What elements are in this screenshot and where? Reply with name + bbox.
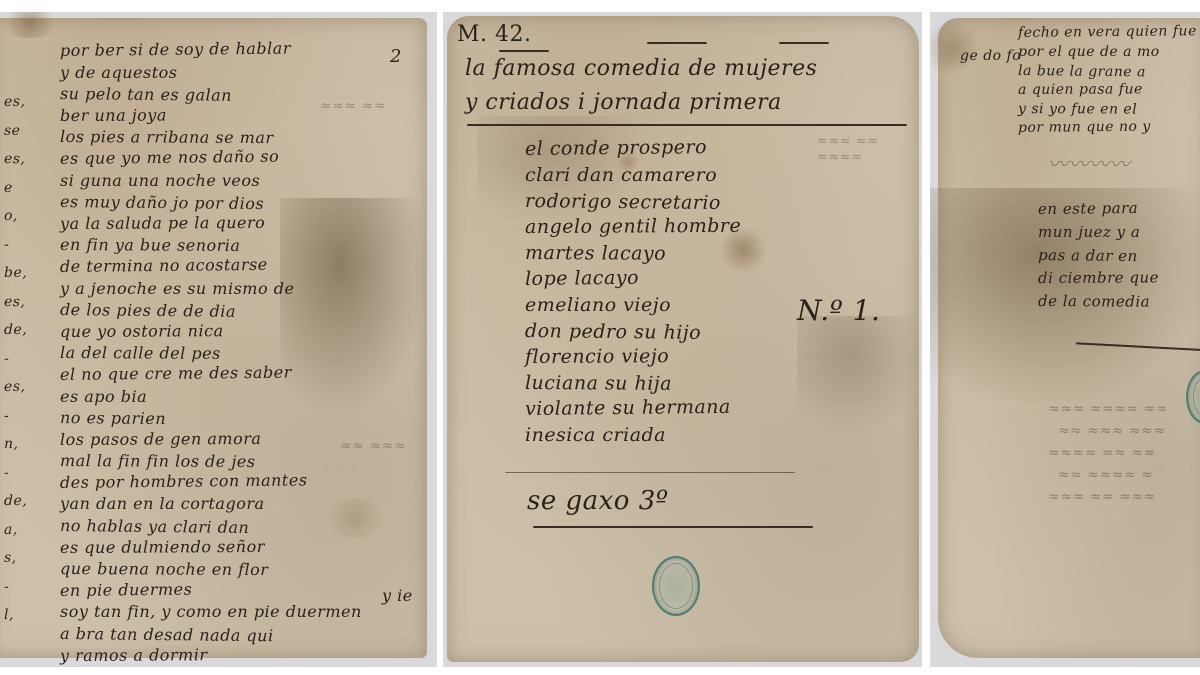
cast-list-item: luciana su hija: [525, 370, 741, 397]
text-line: mun juez y a: [1038, 221, 1159, 244]
cast-list-item: inesica criada: [525, 422, 741, 448]
verse-line: y de aquestos: [60, 62, 362, 84]
text-line: di ciembre que: [1038, 266, 1159, 290]
verse-line: si guna una noche veos: [60, 170, 362, 192]
faded-text-block: ≈≈≈ ≈≈≈≈ ≈≈ ≈≈ ≈≈≈ ≈≈≈ ≈≈≈≈ ≈≈ ≈≈ ≈≈ ≈≈≈…: [1048, 398, 1168, 508]
underline: [499, 50, 549, 52]
footer-note: se gaxo 3º: [527, 486, 669, 516]
cast-list-item: el conde prospero: [525, 134, 741, 162]
water-stain: [797, 316, 922, 436]
paper-sheet: M. 42. la famosa comedia de mujeres y cr…: [447, 16, 919, 662]
cast-list-item: violante su hermana: [525, 394, 741, 422]
rule-mark: [779, 42, 829, 44]
verse-line: los pasos de gen amora: [60, 427, 362, 450]
cast-list-item: don pedro su hijo: [525, 318, 741, 346]
verse-line: que yo ostoria nica: [60, 319, 362, 342]
verse-line: es que dulmiendo señor: [60, 535, 362, 558]
margin-mark: e: [4, 173, 27, 202]
cast-list: el conde prosperoclari dan camarerorodor…: [525, 136, 741, 448]
margin-mark: s,: [4, 544, 27, 573]
verse-line: ya la saluda pe la quero: [60, 211, 362, 234]
verse-lines: por ber si de soy de hablary de aquestos…: [60, 40, 362, 666]
cast-list-item: martes lacayo: [525, 240, 741, 267]
library-stamp-icon: [652, 556, 700, 616]
margin-mark: -: [4, 458, 27, 487]
verse-line: en pie duermes: [60, 577, 362, 602]
verse-line: es apo bia: [60, 386, 362, 408]
verse-line: ber una joya: [60, 103, 362, 126]
cast-list-item: rodorigo secretario: [525, 188, 741, 216]
text-line: en este para: [1038, 197, 1159, 221]
margin-mark: se: [4, 117, 27, 146]
verse-line: des por hombres con mantes: [60, 469, 362, 494]
text-line: a quien pasa fue: [1018, 80, 1197, 100]
verse-line: y a jenoche es su mismo de: [60, 278, 362, 300]
cast-list-item: florencio viejo: [525, 343, 741, 370]
verse-line: es que yo me nos daño so: [60, 145, 362, 170]
number-mark: N.º 1.: [797, 294, 880, 327]
verse-line: soy tan fin, y como en pie duermen: [60, 601, 362, 623]
cast-list-item: angelo gentil hombre: [525, 213, 741, 240]
margin-mark: be,: [4, 259, 27, 288]
text-line: fecho en vera quien fue: [1018, 22, 1197, 43]
margin-mark: o,: [4, 202, 27, 231]
verse-line: por ber si de soy de hablar: [60, 37, 362, 62]
bleed-through-text: ≈≈≈ ≈≈: [320, 98, 386, 114]
margin-mark: es,: [4, 88, 28, 117]
verse-line: y ramos a dormir: [60, 643, 362, 666]
cast-list-item: clari dan camarero: [525, 162, 741, 188]
paper-sheet: 2 por ber si de soy de hablary de aquest…: [0, 18, 427, 658]
scribble-flourish: 〰〰〰〰: [1048, 148, 1130, 177]
middle-text-lines: en este paramun juez y apas a dar endi c…: [1038, 198, 1159, 313]
margin-marks: es,sees,eo,-be,es,de,-es,-n,-de,a,s,-l,: [4, 88, 27, 630]
text-line: por el que de a mo: [1018, 43, 1197, 62]
margin-mark: -: [4, 573, 28, 602]
top-text-lines: fecho en vera quien fuepor el que de a m…: [1018, 24, 1197, 138]
stain: [0, 12, 60, 38]
manuscript-page-right: ge do fo fecho en vera quien fuepor el q…: [930, 12, 1200, 667]
margin-mark: a,: [4, 515, 28, 544]
margin-mark: es,: [4, 373, 28, 402]
margin-mark: l,: [4, 601, 27, 630]
cast-list-item: lope lacayo: [525, 264, 741, 292]
text-line: por mun que no y: [1018, 117, 1197, 138]
margin-mark: es,: [4, 145, 28, 174]
verse-line: de termina no acostarse: [60, 253, 362, 278]
verse-line: el no que cre me des saber: [60, 361, 362, 386]
text-line: de la comedia: [1038, 290, 1159, 314]
margin-mark: -: [4, 402, 27, 431]
divider-line: [505, 472, 795, 473]
margin-mark: de,: [4, 316, 27, 345]
margin-note: ge do fo: [960, 48, 1021, 64]
verse-line: yan dan en la cortagora: [60, 493, 362, 515]
paper-sheet: ge do fo fecho en vera quien fuepor el q…: [938, 18, 1200, 658]
faint-annotation: ≈≈≈ ≈≈ ≈≈≈≈: [817, 134, 907, 166]
shelfmark: M. 42.: [457, 22, 532, 47]
footer-rule: [533, 526, 813, 528]
cast-list-item: emeliano viejo: [525, 292, 741, 318]
title-line-1: la famosa comedia de mujeres: [465, 56, 817, 81]
text-line: pas a dar en: [1038, 244, 1159, 268]
margin-mark: de,: [4, 487, 27, 516]
title-line-2: y criados i jornada primera: [465, 90, 782, 115]
rule-mark: [647, 42, 707, 44]
margin-mark: es,: [4, 288, 28, 317]
margin-mark: -: [4, 230, 28, 259]
side-note: y ie: [382, 586, 413, 605]
margin-mark: -: [4, 345, 27, 374]
title-rule: [467, 124, 907, 126]
bleed-through-text: ≈≈ ≈≈≈: [340, 438, 406, 454]
manuscript-page-left: 2 por ber si de soy de hablary de aquest…: [0, 12, 437, 667]
margin-mark: n,: [4, 430, 28, 459]
page-number: 2: [390, 46, 402, 67]
manuscript-page-middle: M. 42. la famosa comedia de mujeres y cr…: [443, 12, 922, 667]
